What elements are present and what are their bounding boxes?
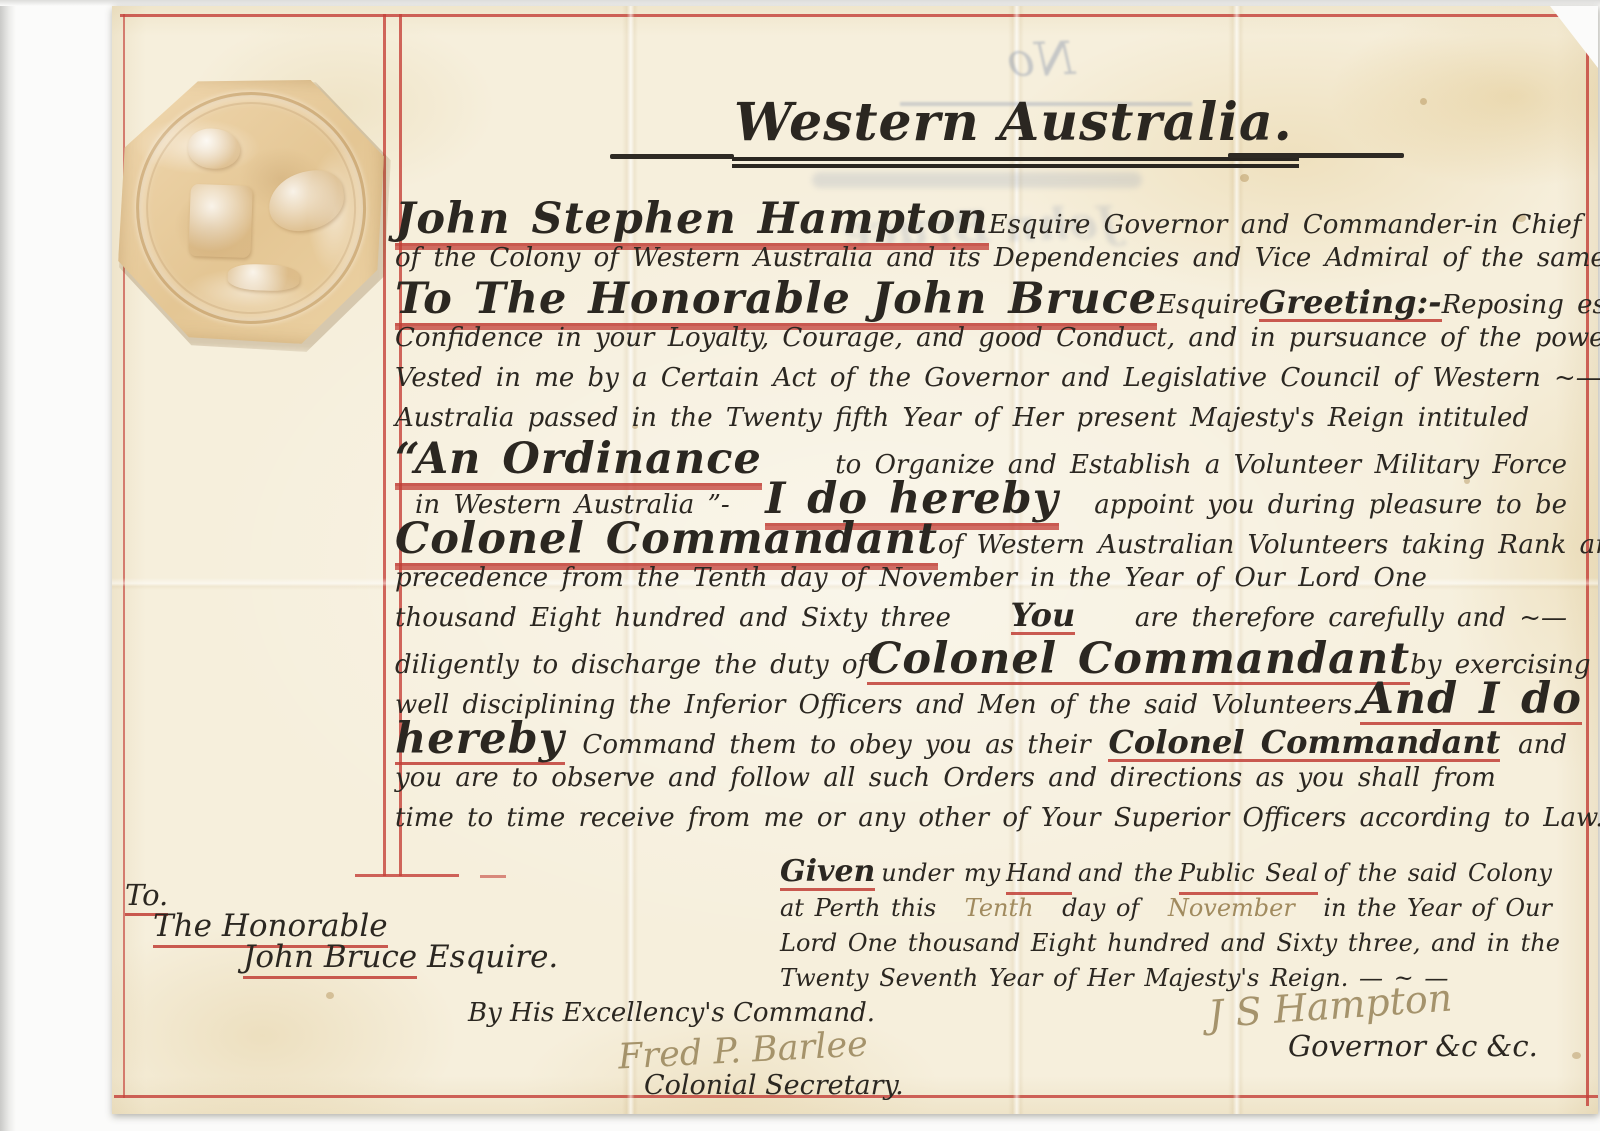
text-line: precedence from the Tenth day of Novembe… bbox=[395, 558, 1567, 598]
red-margin-foot-rule bbox=[355, 874, 459, 877]
title-flourish-dash-right bbox=[1228, 153, 1404, 158]
text-line: To The Honorable John Bruce Esquire Gree… bbox=[395, 278, 1567, 318]
text-segment: time to time receive from me or any othe… bbox=[395, 803, 1600, 833]
ink-bleedthrough-mark: No bbox=[1006, 31, 1076, 87]
text-line: Given under my Hand and the Public Seal … bbox=[780, 856, 1552, 891]
text-segment: thousand Eight hundred and Sixty three bbox=[395, 598, 951, 638]
text-line: John Bruce Esquire. bbox=[243, 942, 558, 973]
document-page: No John Bruce Western Australia. John St… bbox=[112, 6, 1598, 1114]
emphasized-phrase: You bbox=[1011, 599, 1076, 635]
stain-speck bbox=[326, 992, 334, 999]
stain-speck bbox=[1572, 1052, 1581, 1059]
text-segment: Lord One thousand Eight hundred and Sixt… bbox=[780, 929, 1560, 957]
emphasized-phrase: Given bbox=[780, 857, 875, 891]
text-line: thousand Eight hundred and Sixty three Y… bbox=[395, 598, 1567, 638]
address-name: John Bruce bbox=[243, 939, 417, 979]
text-segment: in the Year of Our bbox=[1323, 891, 1552, 926]
text-segment: Vested in me by a Certain Act of the Gov… bbox=[395, 363, 1600, 393]
emphasized-phrase: Hand bbox=[1006, 856, 1072, 895]
text-segment: day of bbox=[1062, 891, 1139, 926]
inserted-date-word: Tenth bbox=[965, 891, 1034, 926]
scanner-edge-strip bbox=[0, 0, 16, 1131]
text-line: you are to observe and follow all such O… bbox=[395, 758, 1567, 798]
stain-speck bbox=[1240, 174, 1249, 182]
seal-scroll-motif bbox=[227, 263, 300, 291]
text-line: in Western Australia ”- I do hereby appo… bbox=[395, 478, 1567, 518]
text-line: Lord One thousand Eight hundred and Sixt… bbox=[780, 926, 1552, 961]
text-line: diligently to discharge the duty of Colo… bbox=[395, 638, 1567, 678]
emphasized-phrase: Greeting:- bbox=[1259, 286, 1442, 322]
addressee-block: To. The Honorable John Bruce Esquire. bbox=[125, 880, 558, 973]
text-line: To. bbox=[125, 880, 558, 911]
governor-office: Governor &c &c. bbox=[1288, 1029, 1538, 1063]
certificate-body: John Stephen Hampton Esquire Governor an… bbox=[395, 198, 1567, 838]
text-line: at Perth this Tenth day of November in t… bbox=[780, 891, 1552, 926]
text-line: time to time receive from me or any othe… bbox=[395, 798, 1567, 838]
text-segment: precedence from the Tenth day of Novembe… bbox=[395, 563, 1427, 593]
text-segment: under my bbox=[881, 856, 1000, 891]
text-segment: and the bbox=[1078, 856, 1173, 891]
governor-signature-block: J S Hampton Governor &c &c. bbox=[1208, 981, 1538, 1063]
emphasized-phrase: Public Seal bbox=[1179, 856, 1318, 895]
text-segment: are therefore carefully and ~— bbox=[1135, 598, 1567, 638]
attestation-block: By His Excellency's Command. Fred P. Bar… bbox=[468, 998, 904, 1101]
text-line: John Stephen Hampton Esquire Governor an… bbox=[395, 198, 1567, 238]
attestation-command: By His Excellency's Command. bbox=[468, 998, 904, 1028]
red-rule-top bbox=[120, 14, 1594, 17]
text-line: Colonel Commandant of Western Australian… bbox=[395, 518, 1567, 558]
text-line: The Honorable bbox=[153, 911, 558, 942]
text-line: Confidence in your Loyalty, Courage, and… bbox=[395, 318, 1567, 358]
text-segment: of the Colony of Western Australia and i… bbox=[395, 243, 1600, 273]
text-line: Vested in me by a Certain Act of the Gov… bbox=[395, 358, 1567, 398]
text-segment: you are to observe and follow all such O… bbox=[395, 763, 1496, 793]
scanned-document: { "title": { "text": "Western Australia.… bbox=[0, 0, 1600, 1131]
text-segment: Confidence in your Loyalty, Courage, and… bbox=[395, 323, 1600, 353]
text-line: “An Ordinance to Organize and Establish … bbox=[395, 438, 1567, 478]
red-margin-dash bbox=[480, 875, 506, 878]
text-line: Australia passed in the Twenty fifth Yea… bbox=[395, 398, 1567, 438]
seal-shield-motif bbox=[188, 184, 252, 258]
text-segment: of the said Colony bbox=[1324, 856, 1552, 891]
address-suffix: Esquire. bbox=[417, 939, 558, 975]
document-title: Western Australia. bbox=[732, 92, 1299, 168]
text-segment: at Perth this bbox=[780, 891, 936, 926]
inserted-date-word: November bbox=[1168, 891, 1295, 926]
emphasized-phrase: Colonel Commandant bbox=[1108, 726, 1500, 762]
title-flourish-dash-left bbox=[610, 154, 734, 159]
text-segment: Australia passed in the Twenty fifth Yea… bbox=[395, 403, 1529, 433]
text-line: hereby Command them to obey you as their… bbox=[395, 718, 1567, 758]
ink-bleedthrough-smudge bbox=[812, 172, 1142, 188]
testimonium-block: Given under my Hand and the Public Seal … bbox=[780, 856, 1552, 996]
text-line: of the Colony of Western Australia and i… bbox=[395, 238, 1567, 278]
stain-speck bbox=[1420, 98, 1427, 105]
text-line: well disciplining the Inferior Officers … bbox=[395, 678, 1567, 718]
secretary-office: Colonial Secretary. bbox=[644, 1070, 904, 1101]
